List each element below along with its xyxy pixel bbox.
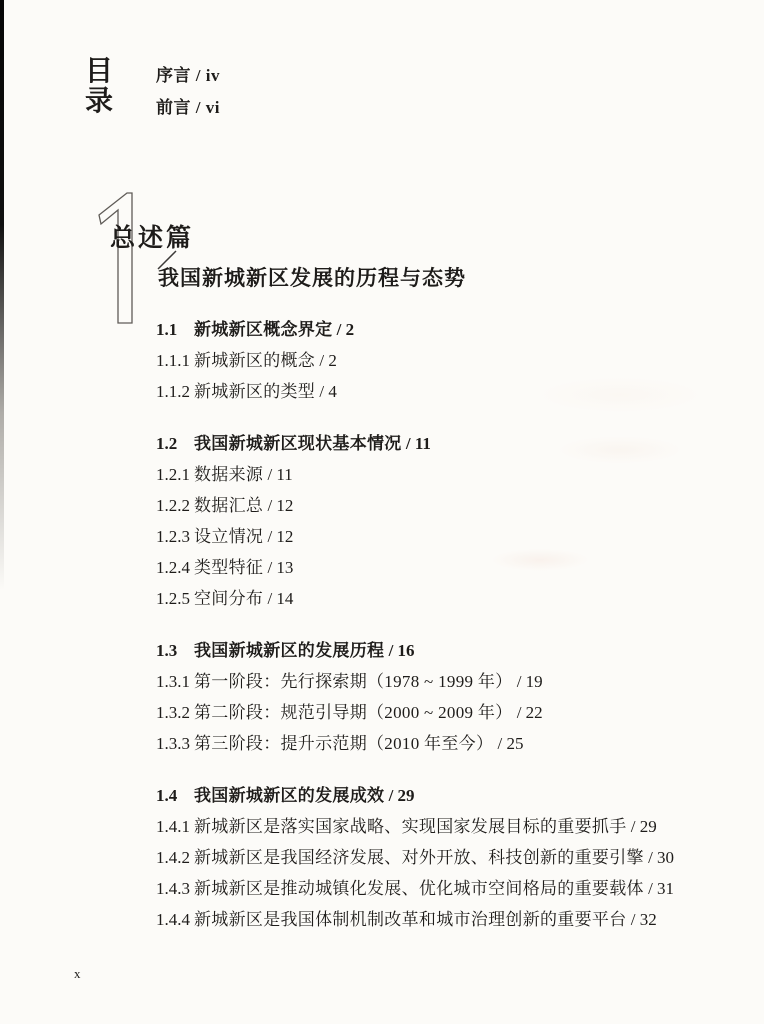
entry-page: / 12 <box>263 521 293 552</box>
entry-number: 1.4.2 <box>156 842 194 873</box>
toc-item: 1.4.4新城新区是我国体制机制改革和城市治理创新的重要平台 / 32 <box>156 904 744 935</box>
entry-page: / 4 <box>315 376 337 407</box>
toc-section-heading: 1.1新城新区概念界定 / 2 <box>156 314 744 345</box>
front-matter-page: / vi <box>191 98 220 117</box>
toc-item: 1.2.2数据汇总 / 12 <box>156 490 744 521</box>
front-matter-list: 序言 / iv前言 / vi <box>156 60 220 124</box>
entry-number: 1.3.1 <box>156 666 194 697</box>
toc-item: 1.4.1新城新区是落实国家战略、实现国家发展目标的重要抓手 / 29 <box>156 811 744 842</box>
chapter-title: 我国新城新区发展的历程与态势 <box>158 262 466 292</box>
entry-title: 新城新区概念界定 <box>194 314 332 345</box>
toc-item: 1.3.2第二阶段：规范引导期（2000 ~ 2009 年） / 22 <box>156 697 744 728</box>
toc-item: 1.2.3设立情况 / 12 <box>156 521 744 552</box>
toc-entries: 1.1新城新区概念界定 / 21.1.1新城新区的概念 / 21.1.2新城新区… <box>156 314 744 935</box>
entry-page: / 29 <box>627 811 657 842</box>
entry-number: 1.2.3 <box>156 521 194 552</box>
entry-number: 1.2.5 <box>156 583 194 614</box>
entry-title: 类型特征 <box>194 552 263 583</box>
entry-number: 1.1 <box>156 314 194 345</box>
toc-item: 1.3.1第一阶段：先行探索期（1978 ~ 1999 年） / 19 <box>156 666 744 697</box>
entry-title: 设立情况 <box>194 521 263 552</box>
entry-title: 新城新区是我国体制机制改革和城市治理创新的重要平台 <box>194 904 627 935</box>
entry-title: 第一阶段：先行探索期（1978 ~ 1999 年） <box>194 666 512 697</box>
toc-group: 1.4我国新城新区的发展成效 / 291.4.1新城新区是落实国家战略、实现国家… <box>156 780 744 935</box>
front-matter-page: / iv <box>191 66 220 85</box>
toc-group: 1.3我国新城新区的发展历程 / 161.3.1第一阶段：先行探索期（1978 … <box>156 635 744 759</box>
entry-number: 1.2 <box>156 428 194 459</box>
entry-number: 1.2.2 <box>156 490 194 521</box>
entry-number: 1.3.2 <box>156 697 194 728</box>
toc-section-heading: 1.4我国新城新区的发展成效 / 29 <box>156 780 744 811</box>
toc-item: 1.2.5空间分布 / 14 <box>156 583 744 614</box>
entry-number: 1.3.3 <box>156 728 194 759</box>
front-matter-label: 序言 <box>156 66 191 85</box>
entry-page: / 29 <box>384 780 414 811</box>
entry-page: / 13 <box>263 552 293 583</box>
entry-page: / 2 <box>315 345 337 376</box>
toc-item: 1.2.1数据来源 / 11 <box>156 459 744 490</box>
entry-page: / 11 <box>402 428 431 459</box>
entry-number: 1.2.4 <box>156 552 194 583</box>
entry-page: / 19 <box>512 666 542 697</box>
entry-page: / 16 <box>384 635 414 666</box>
entry-page: / 32 <box>627 904 657 935</box>
entry-number: 1.4 <box>156 780 194 811</box>
entry-title: 我国新城新区现状基本情况 <box>194 428 402 459</box>
entry-title: 数据汇总 <box>194 490 263 521</box>
scan-gutter-edge <box>0 0 4 590</box>
entry-title: 新城新区是我国经济发展、对外开放、科技创新的重要引擎 <box>194 842 644 873</box>
toc-section-heading: 1.2我国新城新区现状基本情况 / 11 <box>156 428 744 459</box>
part-name: 总述篇 <box>110 218 194 254</box>
entry-number: 1.3 <box>156 635 194 666</box>
toc-item: 1.1.2新城新区的类型 / 4 <box>156 376 744 407</box>
entry-page: / 22 <box>512 697 542 728</box>
toc-title: 目录 <box>84 57 114 117</box>
entry-page: / 2 <box>332 314 354 345</box>
entry-title: 我国新城新区的发展成效 <box>194 780 384 811</box>
entry-page: / 14 <box>263 583 293 614</box>
entry-number: 1.1.2 <box>156 376 194 407</box>
toc-item: 1.4.3新城新区是推动城镇化发展、优化城市空间格局的重要载体 / 31 <box>156 873 744 904</box>
entry-title: 新城新区是推动城镇化发展、优化城市空间格局的重要载体 <box>194 873 644 904</box>
toc-item: 1.3.3第三阶段：提升示范期（2010 年至今） / 25 <box>156 728 744 759</box>
entry-title: 第二阶段：规范引导期（2000 ~ 2009 年） <box>194 697 512 728</box>
entry-number: 1.1.1 <box>156 345 194 376</box>
entry-title: 第三阶段：提升示范期（2010 年至今） <box>194 728 493 759</box>
entry-page: / 12 <box>263 490 293 521</box>
front-matter-label: 前言 <box>156 98 191 117</box>
entry-title: 新城新区是落实国家战略、实现国家发展目标的重要抓手 <box>194 811 627 842</box>
front-matter-entry: 前言 / vi <box>156 92 220 124</box>
toc-item: 1.2.4类型特征 / 13 <box>156 552 744 583</box>
entry-title: 新城新区的类型 <box>194 376 315 407</box>
entry-title: 数据来源 <box>194 459 263 490</box>
book-toc-page: 目录 序言 / iv前言 / vi 总述篇 我国新城新区发展的历程与态势 1.1… <box>0 0 764 1024</box>
entry-page: / 11 <box>263 459 293 490</box>
part-number-outline-numeral <box>97 190 137 326</box>
toc-section-heading: 1.3我国新城新区的发展历程 / 16 <box>156 635 744 666</box>
front-matter-entry: 序言 / iv <box>156 60 220 92</box>
entry-number: 1.4.4 <box>156 904 194 935</box>
entry-number: 1.4.3 <box>156 873 194 904</box>
entry-number: 1.4.1 <box>156 811 194 842</box>
toc-item: 1.1.1新城新区的概念 / 2 <box>156 345 744 376</box>
toc-group: 1.2我国新城新区现状基本情况 / 111.2.1数据来源 / 111.2.2数… <box>156 428 744 614</box>
toc-group: 1.1新城新区概念界定 / 21.1.1新城新区的概念 / 21.1.2新城新区… <box>156 314 744 407</box>
entry-number: 1.2.1 <box>156 459 194 490</box>
entry-page: / 31 <box>644 873 674 904</box>
page-number: x <box>74 966 81 982</box>
toc-item: 1.4.2新城新区是我国经济发展、对外开放、科技创新的重要引擎 / 30 <box>156 842 744 873</box>
entry-title: 新城新区的概念 <box>194 345 315 376</box>
entry-page: / 30 <box>644 842 674 873</box>
entry-title: 空间分布 <box>194 583 263 614</box>
entry-title: 我国新城新区的发展历程 <box>194 635 384 666</box>
entry-page: / 25 <box>493 728 523 759</box>
